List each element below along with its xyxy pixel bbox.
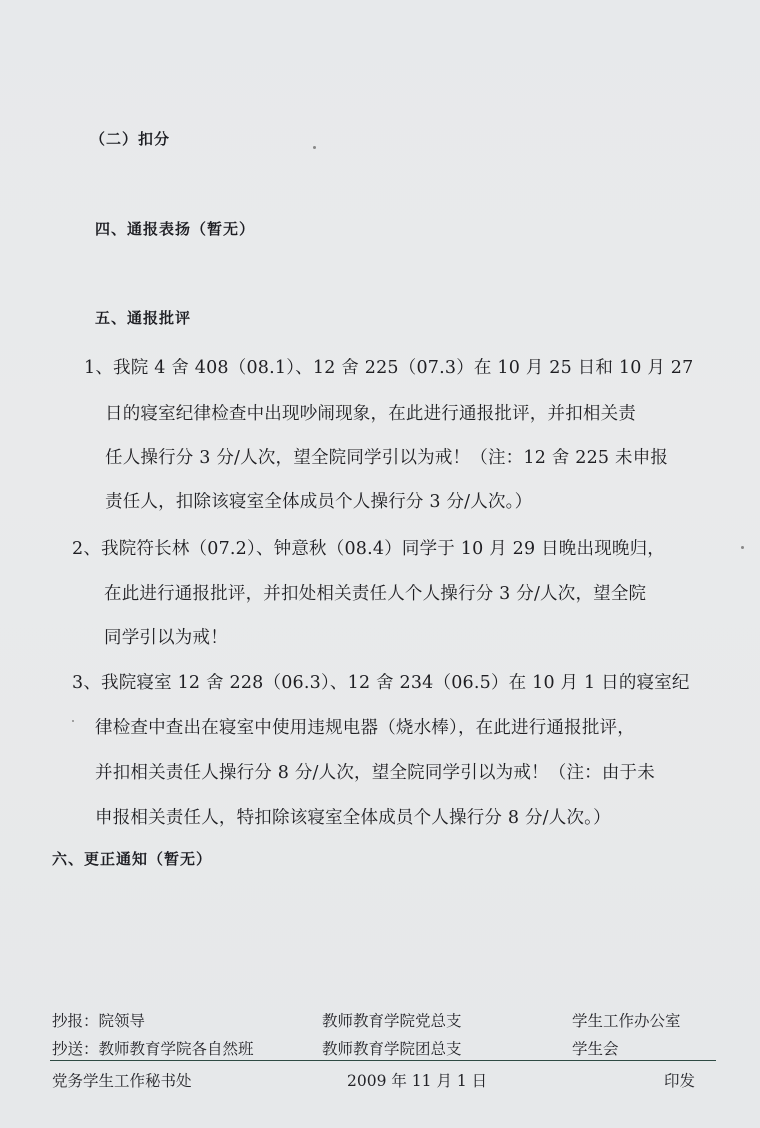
printed-label: 印发 — [664, 1069, 695, 1091]
item-1-line-3: 任人操行分 3 分/人次，望全院同学引以为戒！（注：12 舍 225 未申报 — [105, 444, 668, 469]
document-page: （二）扣分 四、通报表扬（暂无） 五、通报批评 1、我院 4 舍 408（08.… — [0, 0, 760, 1128]
item-3-line-1: 3、我院寝室 12 舍 228（06.3）、12 舍 234（06.5）在 10… — [72, 669, 690, 694]
item-3-line-2: 律检查中查出在寝室中使用违规电器（烧水棒），在此进行通报批评， — [95, 714, 635, 739]
item-3-line-4: 申报相关责任人，特扣除该寝室全体成员个人操行分 8 分/人次。） — [95, 804, 611, 829]
send-to-label: 抄送：教师教育学院各自然班 — [52, 1037, 254, 1059]
heading-commendation: 四、通报表扬（暂无） — [95, 218, 255, 239]
item-2-line-1: 2、我院符长林（07.2）、钟意秋（08.4）同学于 10 月 29 日晚出现晚… — [72, 535, 665, 560]
item-1-line-4: 责任人，扣除该寝室全体成员个人操行分 3 分/人次。） — [105, 488, 532, 513]
footer-separator — [50, 1060, 716, 1061]
scan-speck — [741, 546, 744, 549]
league-branch: 教师教育学院团总支 — [322, 1037, 462, 1059]
issuer: 党务学生工作秘书处 — [52, 1069, 192, 1091]
heading-criticism: 五、通报批评 — [95, 307, 191, 328]
scan-speck — [313, 146, 316, 149]
party-branch: 教师教育学院党总支 — [322, 1009, 462, 1031]
item-1-line-1: 1、我院 4 舍 408（08.1）、12 舍 225（07.3）在 10 月 … — [84, 354, 693, 379]
heading-correction: 六、更正通知（暂无） — [52, 848, 212, 869]
scan-speck — [72, 720, 74, 722]
student-affairs-office: 学生工作办公室 — [572, 1009, 681, 1031]
item-2-line-2: 在此进行通报批评，并扣处相关责任人个人操行分 3 分/人次，望全院 — [104, 580, 646, 605]
item-2-line-3: 同学引以为戒！ — [104, 624, 228, 649]
student-union: 学生会 — [572, 1037, 619, 1059]
heading-deduction: （二）扣分 — [90, 128, 170, 149]
report-to-label: 抄报：院领导 — [52, 1009, 145, 1031]
issue-date: 2009 年 11 月 1 日 — [347, 1069, 487, 1091]
item-1-line-2: 日的寝室纪律检查中出现吵闹现象，在此进行通报批评，并扣相关责 — [105, 400, 636, 425]
item-3-line-3: 并扣相关责任人操行分 8 分/人次，望全院同学引以为戒！（注：由于未 — [95, 759, 655, 784]
